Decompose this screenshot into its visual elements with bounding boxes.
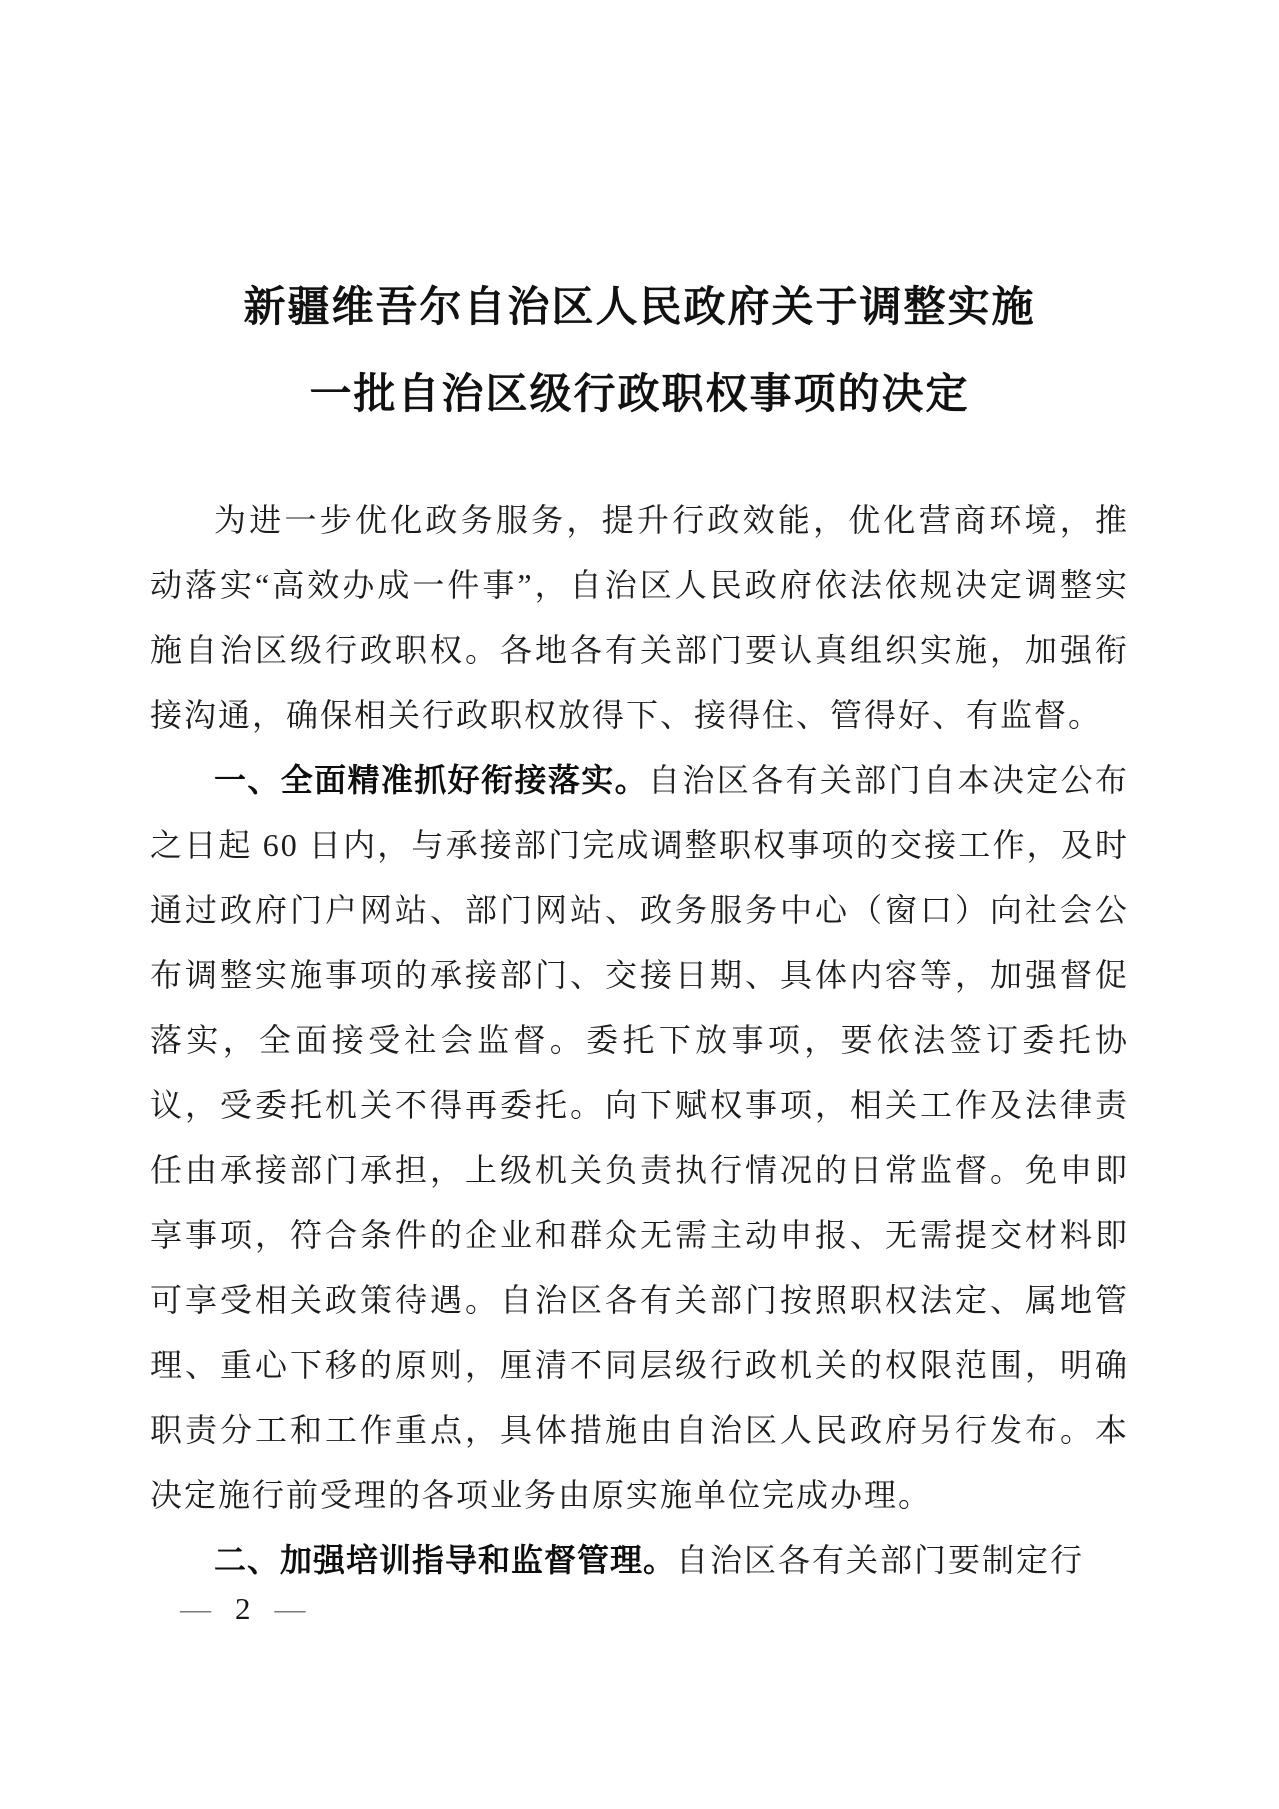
document-title-line-2: 一批自治区级行政职权事项的决定	[0, 352, 1279, 439]
paragraph-section-1-text: 自治区各有关部门自本决定公布之日起 60 日内，与承接部门完成调整职权事项的交接…	[150, 762, 1129, 1513]
page-number-value: 2	[235, 1591, 251, 1626]
paragraph-section-1: 一、全面精准抓好衔接落实。自治区各有关部门自本决定公布之日起 60 日内，与承接…	[150, 748, 1129, 1528]
paragraph-intro-text: 为进一步优化政务服务，提升行政效能，优化营商环境，推动落实“高效办成一件事”，自…	[150, 502, 1129, 733]
paragraph-section-2-heading: 二、加强培训指导和监督管理。	[214, 1542, 676, 1578]
page-number: —2—	[180, 1592, 306, 1626]
document-title: 新疆维吾尔自治区人民政府关于调整实施 一批自治区级行政职权事项的决定	[0, 265, 1279, 439]
document-body: 为进一步优化政务服务，提升行政效能，优化营商环境，推动落实“高效办成一件事”，自…	[150, 488, 1129, 1593]
page-number-right-dash: —	[275, 1591, 306, 1626]
paragraph-intro: 为进一步优化政务服务，提升行政效能，优化营商环境，推动落实“高效办成一件事”，自…	[150, 488, 1129, 748]
page-number-left-dash: —	[180, 1591, 211, 1626]
document-title-line-1: 新疆维吾尔自治区人民政府关于调整实施	[0, 265, 1279, 352]
document-page: 新疆维吾尔自治区人民政府关于调整实施 一批自治区级行政职权事项的决定 为进一步优…	[0, 0, 1279, 1809]
paragraph-section-2: 二、加强培训指导和监督管理。自治区各有关部门要制定行	[150, 1528, 1129, 1593]
paragraph-section-2-text: 自治区各有关部门要制定行	[676, 1542, 1084, 1578]
paragraph-section-1-heading: 一、全面精准抓好衔接落实。	[214, 762, 648, 798]
